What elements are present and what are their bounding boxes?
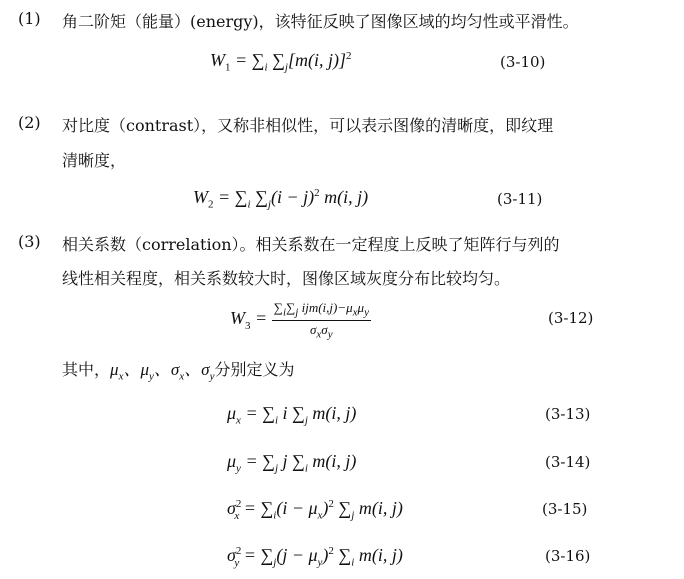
- equation-3-16: σ2y = ∑j(j − μy)2 ∑i m(i, j): [227, 545, 403, 569]
- item-number: (1): [18, 9, 41, 28]
- item-number: (2): [18, 113, 41, 132]
- equation-3-10: W1 = ∑i ∑j[m(i, j)]2: [210, 50, 351, 74]
- equation-3-14: μy = ∑j j ∑i m(i, j): [227, 451, 356, 475]
- definitions-intro: 其中，μx、μy、σx、σy分别定义为: [62, 355, 294, 382]
- equation-label: (3-15): [542, 500, 587, 518]
- item-text: 对比度（contrast），又称非相似性，可以表示图像的清晰度，即纹理: [62, 113, 553, 136]
- item-text: 线性相关程度，相关系数较大时，图像区域灰度分布比较均匀。: [62, 266, 510, 289]
- intro-suffix: 分别定义为: [214, 360, 294, 379]
- equation-label: (3-11): [497, 190, 542, 208]
- item-text: 角二阶矩（能量）(energy)，该特征反映了图像区域的均匀性或平滑性。: [62, 9, 579, 32]
- equation-3-11: W2 = ∑i ∑j(i − j)2 m(i, j): [193, 187, 368, 211]
- equation-label: (3-16): [545, 547, 590, 565]
- intro-symbols: μx、μy、σx、σy: [110, 360, 214, 379]
- intro-prefix: 其中，: [62, 360, 110, 379]
- equation-label: (3-14): [545, 453, 590, 471]
- item-text: 相关系数（correlation）。相关系数在一定程度上反映了矩阵行与列的: [62, 232, 560, 255]
- equation-3-13: μx = ∑i i ∑j m(i, j): [227, 403, 356, 427]
- equation-3-15: σ2x = ∑i(i − μx)2 ∑j m(i, j): [227, 498, 403, 522]
- equation-label: (3-13): [545, 405, 590, 423]
- equation-label: (3-10): [500, 53, 545, 71]
- equation-3-12: W3 = ∑i∑j ijm(i,j)−μxμyσxσy: [230, 300, 371, 340]
- item-number: (3): [18, 232, 41, 251]
- item-text: 清晰度，: [62, 148, 126, 171]
- equation-label: (3-12): [548, 309, 593, 327]
